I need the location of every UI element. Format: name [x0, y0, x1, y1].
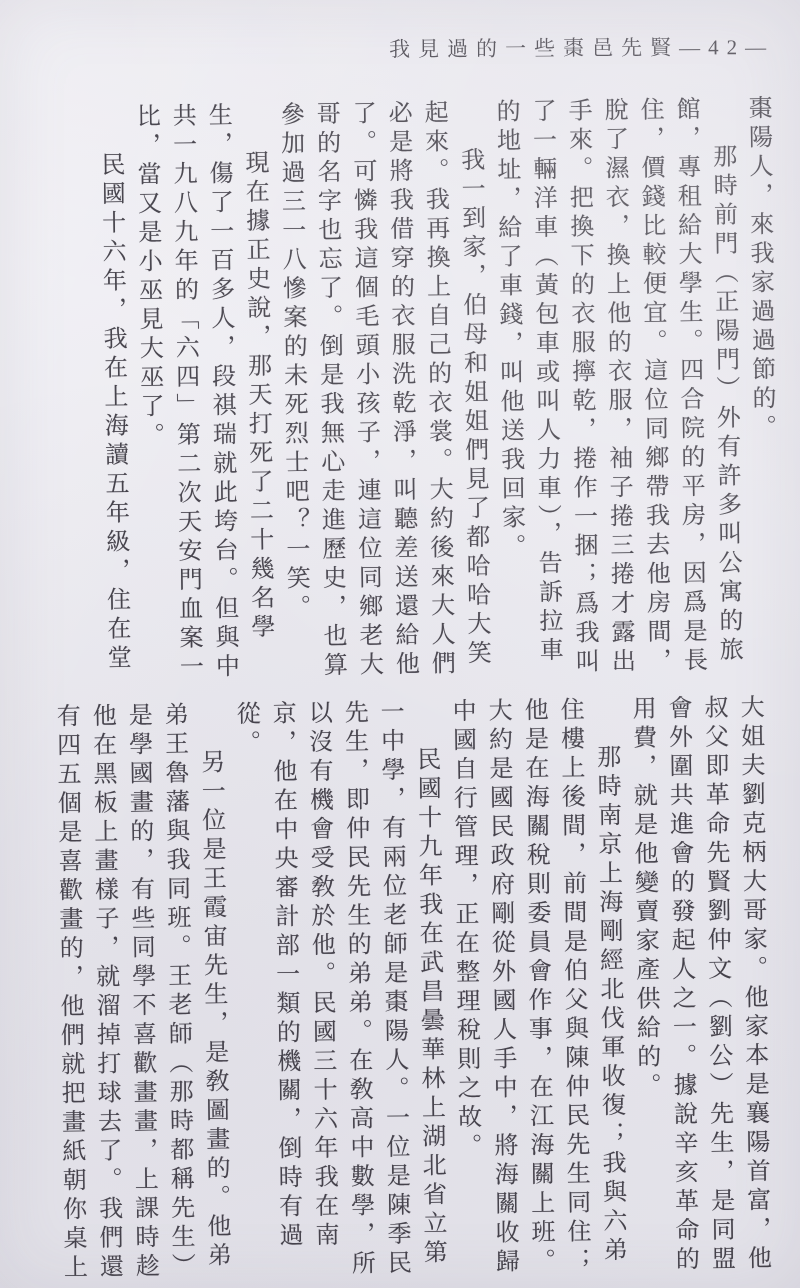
running-head: 我見過的一些棗邑先賢—42— — [389, 31, 774, 63]
paragraph: 那時南京上海剛經北伐軍收復；我與六弟住樓上後間，前間是伯父與陳仲民先生同住；他是… — [443, 696, 631, 1280]
paragraph: 另一位是王霞宙先生，是敎圖畫的。他弟弟王魯藩與我同班。王老師（那時都稱先生）是學… — [47, 701, 235, 1285]
text-block-bottom: 大姐夫劉克柄大哥家。他家本是襄陽首富，他叔父即革命先賢劉仲文（劉公）先生，是同盟… — [47, 694, 775, 1285]
paragraph: 棗陽人，來我家過過節的。 — [739, 95, 783, 677]
paragraph: 我一到家，伯母和姐姐們見了都哈哈大笑起來。我再換上自己的衣裳。大約後來大人們必是… — [271, 99, 495, 684]
paragraph: 那時前門（正陽門）外有許多叫公寓的旅館，專租給大學生。四合院的平房，因爲是長住，… — [487, 95, 747, 680]
paragraph: 民國十九年我在武昌曇華林上湖北省立第一中學，有兩位老師是棗陽人。一位是陳季民先生… — [227, 698, 451, 1283]
paragraph: 大姐夫劉克柄大哥家。他家本是襄陽首富，他叔父即革命先賢劉仲文（劉公）先生，是同盟… — [623, 694, 775, 1278]
paragraph: 現在據正史說，那天打死了二十幾名學生，傷了一百多人，段祺瑞就此垮台。但與中共一九… — [127, 102, 279, 686]
scanned-book-page: 我見過的一些棗邑先賢—42— 棗陽人，來我家過過節的。 那時前門（正陽門）外有許… — [0, 0, 800, 1288]
text-block-top: 棗陽人，來我家過過節的。 那時前門（正陽門）外有許多叫公寓的旅館，專租給大學生。… — [91, 95, 783, 686]
paragraph: 民國十六年，我在上海讀五年級，住在堂 — [91, 103, 135, 685]
